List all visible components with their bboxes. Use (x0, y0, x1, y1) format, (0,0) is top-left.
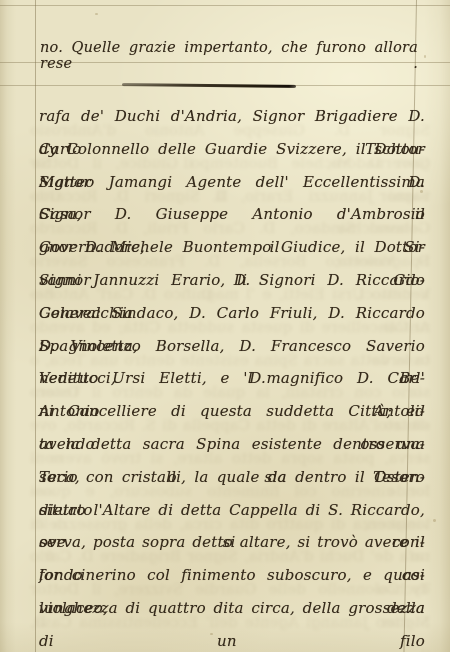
text-line: vanni Jannuzzi Erario, li Signori D. Ric… (39, 264, 425, 297)
text-line: gnor D. Michele Buontempo Giudice, il Do… (39, 231, 425, 264)
text-line: serva, posta sopra detto altare, si trov… (39, 526, 425, 559)
foxing-speck (433, 519, 436, 522)
left-margin-rule (35, 0, 36, 652)
text-line: ta la detta sacra Spina esistente dentro… (39, 428, 425, 461)
text-line: nedetto Ursi Eletti, e 'l magnifico D. C… (39, 362, 425, 395)
manuscript-page: Signor D. Giuseppe Antonio d'Ambrosio Go… (0, 0, 450, 652)
body-text-block: rafa de' Duchi d'Andria, Signor Brigadie… (39, 100, 425, 625)
foxing-speck (210, 633, 213, 635)
text-line: lunghezza di quattro dita circa, della g… (39, 592, 425, 625)
foxing-speck (95, 13, 98, 15)
foxing-speck (420, 190, 423, 193)
text-line: lor cinerino col finimento suboscuro, e … (39, 559, 425, 592)
top-ruled-line (0, 5, 450, 6)
foxing-speck (424, 55, 426, 58)
text-line: ni Cancelliere di questa suddetta Città;… (39, 395, 425, 428)
section-divider-stroke (122, 83, 296, 88)
text-line: rafa de' Duchi d'Andria, Signor Brigadie… (39, 100, 425, 133)
text-line: sorio con cristalli, la quale da dentro … (39, 461, 425, 494)
text-line: D. Vincenzo Borsella, D. Francesco Saver… (39, 330, 425, 363)
text-line: Matteo Jamangi Agente dell' Eccellentiss… (39, 166, 425, 199)
text-line: Signor D. Giuseppe Antonio d'Ambrosio Go… (39, 198, 425, 231)
header-text-line: no. Quelle grazie impertanto, che furono… (40, 40, 418, 72)
text-line: dy Colonnello delle Guardie Svizzere, il… (39, 133, 425, 166)
text-line: General Sindaco, D. Carlo Friuli, D. Ric… (39, 297, 425, 330)
text-line: dietro l'Altare di detta Cappella di S. … (39, 494, 425, 527)
